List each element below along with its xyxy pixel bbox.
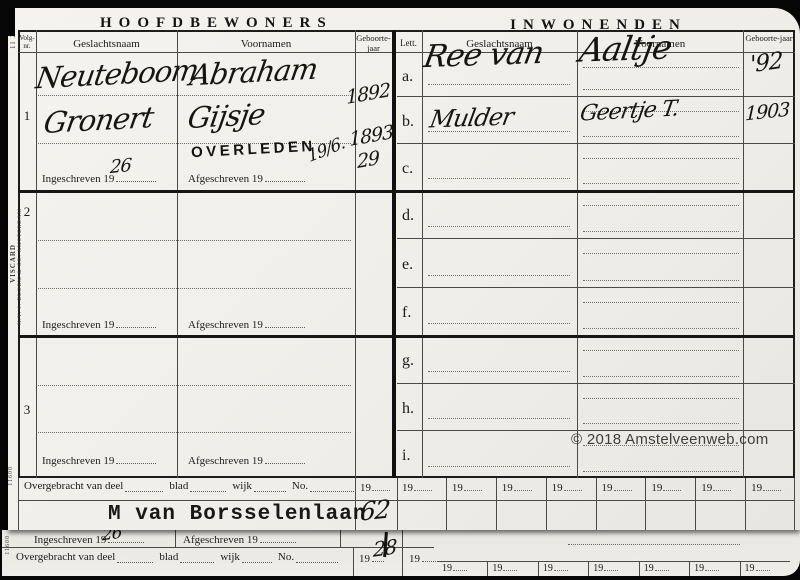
ingeschreven-text: Ingeschreven 19 (42, 319, 114, 331)
year-cell: 19 (539, 561, 589, 576)
no-label: No. (278, 551, 294, 563)
overgebracht-row: Overgebracht van deel blad wijk No. (24, 480, 356, 492)
afgeschreven-text: Afgeschreven 19 (183, 534, 258, 546)
dotted-line (583, 376, 739, 377)
dotted-fill (125, 482, 163, 492)
dotted-fill (180, 553, 214, 563)
street-name: M van Borsselenlaan (108, 503, 366, 526)
year-prefix: 19 (492, 563, 502, 574)
edge-line (18, 478, 19, 530)
grid-line (353, 547, 354, 576)
dotted-fill (705, 562, 719, 571)
row-rule (2, 547, 434, 548)
name-line (38, 432, 351, 433)
dotted-line (583, 183, 739, 184)
grid-line (402, 547, 403, 576)
next-overgebracht-row: Overgebracht van deel blad wijk No. (16, 551, 338, 563)
year-cell: 19 (438, 561, 488, 576)
dotted-fill (372, 482, 390, 491)
dotted-fill (604, 562, 618, 571)
dotted-line (583, 471, 739, 472)
dotted-fill (713, 482, 731, 491)
column-header-geboortejaar-left: Geboorte-jaar (355, 34, 392, 54)
dotted-line (583, 136, 739, 137)
dotted-fill (190, 482, 226, 492)
dotted-fill (296, 553, 338, 563)
resident-firstname-1: Abraham (188, 55, 320, 91)
grid-line (402, 530, 403, 548)
dotted-line (428, 226, 570, 227)
column-header-geslachtsnaam-left: Geslachtsnaam (36, 38, 177, 50)
overgebracht-label: Overgebracht van deel (16, 551, 115, 563)
dotted-fill (514, 482, 532, 491)
section-divider (392, 30, 396, 478)
dotted-fill (116, 318, 156, 328)
year-cell: 19 (497, 478, 547, 530)
name-line (38, 385, 351, 386)
dotted-fill (763, 482, 781, 491)
dotted-fill (554, 562, 568, 571)
resident-surname-2: Gronert (42, 103, 155, 138)
name-line (38, 95, 351, 96)
deceased-year-note: 29 (357, 149, 380, 172)
dotted-fill (265, 454, 305, 464)
dotted-line (428, 371, 570, 372)
year-prefix: 19 (452, 482, 463, 494)
resident-surname-1: Neuteboom (34, 56, 200, 94)
dotted-fill (422, 552, 440, 562)
ingeschreven-label-1: Ingeschreven 19 (42, 172, 156, 185)
afgeschreven-text: Afgeschreven 19 (188, 319, 263, 331)
edge-line (794, 478, 795, 530)
year-cell: 19 (640, 561, 690, 576)
column-header-volgnr: Volg-nr. (18, 34, 36, 51)
overgebracht-label: Overgebracht van deel (24, 480, 123, 492)
next-card-edge: 11600 Ingeschreven 19 26 Afgeschreven 19… (2, 530, 800, 576)
lodger-firstname-a: Aaltje (577, 30, 674, 66)
dotted-fill (414, 482, 432, 491)
ingeschreven-label-2: Ingeschreven 19 (42, 318, 156, 331)
year-cell: 19 (741, 561, 790, 576)
year-cell: 19 (447, 478, 497, 530)
photo-corner-shadow (0, 0, 15, 36)
year-cell: 19 (690, 561, 740, 576)
watermark-copyright: © 2018 Amstelveenweb.com (571, 431, 769, 448)
section-title-hoofdbewoners: HOOFDBEWONERS (100, 15, 320, 32)
form-number-vertical: 11600 (5, 535, 11, 555)
form-number-vertical: 11600 (8, 466, 14, 486)
printer-vertical: N.V. J. BLOEM & CO. AMSTERDAM (17, 208, 23, 325)
grid-line (175, 530, 176, 547)
grid-line (397, 478, 398, 530)
blad-label: blad (169, 480, 188, 492)
block-number-1: 1 (18, 108, 36, 124)
afgeschreven-label-2: Afgeschreven 19 (188, 318, 305, 331)
lodger-firstname-b: Geertje T. (578, 98, 680, 125)
row-letter: i. (402, 447, 410, 465)
next-afgeschreven-label: Afgeschreven 19 (183, 533, 296, 546)
grid-line (340, 530, 341, 548)
wijk-label: wijk (232, 480, 252, 492)
street-row-rule (18, 500, 795, 501)
dotted-line (583, 205, 739, 206)
year-prefix: 19 (593, 563, 603, 574)
dotted-fill (117, 553, 153, 563)
row-letter: d. (402, 207, 414, 225)
row-letter: a. (402, 68, 413, 86)
year-cell: 19 (547, 478, 597, 530)
afgeschreven-label-1: Afgeschreven 19 (188, 172, 305, 185)
row-letter: g. (402, 352, 414, 370)
dotted-fill (503, 562, 517, 571)
row-letter: f. (402, 304, 411, 322)
year-prefix: 19 (745, 563, 755, 574)
grid-line (177, 30, 178, 478)
brand-vertical: VISCARD (9, 244, 17, 283)
dotted-line (583, 350, 739, 351)
dotted-line (583, 253, 739, 254)
year-prefix: 19 (701, 482, 712, 494)
dotted-fill (614, 482, 632, 491)
afgeschreven-text: Afgeschreven 19 (188, 173, 263, 185)
year-cells-row: 19 19 19 19 19 19 19 19 (397, 478, 795, 530)
inwonenden-row-f: f. (397, 287, 795, 335)
year-prefix: 19 (502, 482, 513, 494)
resident-firstname-2: Gijsje (186, 100, 267, 133)
dotted-fill (116, 454, 156, 464)
year-prefix: 19 (602, 482, 613, 494)
wijk-label: wijk (220, 551, 240, 563)
house-number: 62 (359, 496, 390, 524)
dotted-line (583, 398, 739, 399)
dotted-fill (254, 482, 286, 492)
dotted-fill (564, 482, 582, 491)
afgeschreven-text: Afgeschreven 19 (188, 455, 263, 467)
afgeschreven-label-3: Afgeschreven 19 (188, 454, 305, 467)
dotted-line (428, 84, 570, 85)
grid-line (36, 30, 37, 478)
row-letter: b. (402, 113, 414, 131)
row-letter: c. (402, 160, 413, 178)
year-cell: 19 (589, 561, 639, 576)
year-prefix: 19 (694, 563, 704, 574)
next-overgebracht-year-note: 28 (373, 536, 397, 560)
year-prefix: 19 (409, 553, 420, 565)
dotted-line (583, 280, 739, 281)
row-letter: h. (402, 400, 414, 418)
dotted-fill (310, 482, 356, 492)
year-cell: 19 (597, 478, 647, 530)
ingeschreven-text: Ingeschreven 19 (42, 455, 114, 467)
dotted-line (583, 302, 739, 303)
inwonenden-row-c: c. (397, 143, 795, 190)
year-cell: 19 (746, 478, 795, 530)
dotted-line (568, 544, 740, 545)
year-prefix: 19 (359, 553, 370, 565)
dotted-line (428, 323, 570, 324)
row-rule (438, 561, 790, 562)
population-register-card: 11 287 VISCARD N.V. J. BLOEM & CO. AMSTE… (8, 8, 800, 530)
next-year-cell: 19 (409, 552, 440, 565)
lodger-surname-a: Ree van (421, 38, 545, 73)
lodger-birthyear-b: 1903 (745, 101, 790, 125)
next-year-cells-row: 19 19 19 19 19 19 19 (438, 561, 790, 576)
dotted-line (583, 89, 739, 90)
dotted-line (583, 231, 739, 232)
inwonenden-row-g: g. (397, 335, 795, 383)
year-prefix: 19 (543, 563, 553, 574)
year-cell: 19 (488, 561, 538, 576)
inwonenden-row-d: d. (397, 190, 795, 238)
inwonenden-row-e: e. (397, 238, 795, 287)
column-header-voornamen-left: Voornamen (177, 38, 355, 50)
year-prefix: 19 (552, 482, 563, 494)
register-card-photo: 11 287 VISCARD N.V. J. BLOEM & CO. AMSTE… (0, 0, 800, 580)
lodger-birthyear-a: '92 (750, 50, 782, 78)
year-prefix: 19 (402, 482, 413, 494)
dotted-fill (265, 172, 305, 182)
dotted-line (583, 423, 739, 424)
inwonenden-row-h: h. (397, 383, 795, 430)
name-line (38, 288, 351, 289)
ingeschreven-label-3: Ingeschreven 19 (42, 454, 156, 467)
ingeschreven-year-note: 26 (109, 157, 131, 177)
dotted-fill (265, 318, 305, 328)
year-cell: 19 (397, 478, 447, 530)
dotted-line (583, 158, 739, 159)
dotted-line (428, 178, 570, 179)
dotted-line (428, 466, 570, 467)
ingeschreven-text: Ingeschreven 19 (42, 173, 114, 185)
no-label: No. (292, 480, 308, 492)
year-prefix: 19 (644, 563, 654, 574)
dotted-line (428, 418, 570, 419)
dotted-fill (464, 482, 482, 491)
year-cell: 19 (696, 478, 746, 530)
dotted-line (583, 328, 739, 329)
dotted-fill (453, 562, 467, 571)
lodger-surname-b: Mulder (428, 104, 515, 131)
year-prefix: 19 (442, 563, 452, 574)
dotted-fill (655, 562, 669, 571)
dotted-fill (260, 533, 296, 543)
ingeschreven-text: Ingeschreven 19 (34, 534, 106, 546)
dotted-fill (242, 553, 272, 563)
year-prefix: 19 (751, 482, 762, 494)
block-number-2: 2 (18, 204, 36, 220)
year-prefix: 19 (651, 482, 662, 494)
blad-label: blad (159, 551, 178, 563)
column-header-geboortejaar-right: Geboorte-jaar (743, 34, 795, 44)
block-number-3: 3 (18, 402, 36, 418)
next-ingeschreven-label: Ingeschreven 19 (34, 533, 144, 546)
year-prefix: 19 (360, 482, 371, 494)
row-letter: e. (402, 256, 413, 274)
year-cell: 19 (646, 478, 696, 530)
name-line (38, 240, 351, 241)
column-header-lett: Lett. (395, 38, 422, 48)
dotted-fill (663, 482, 681, 491)
dotted-line (428, 275, 570, 276)
dotted-fill (756, 562, 770, 571)
